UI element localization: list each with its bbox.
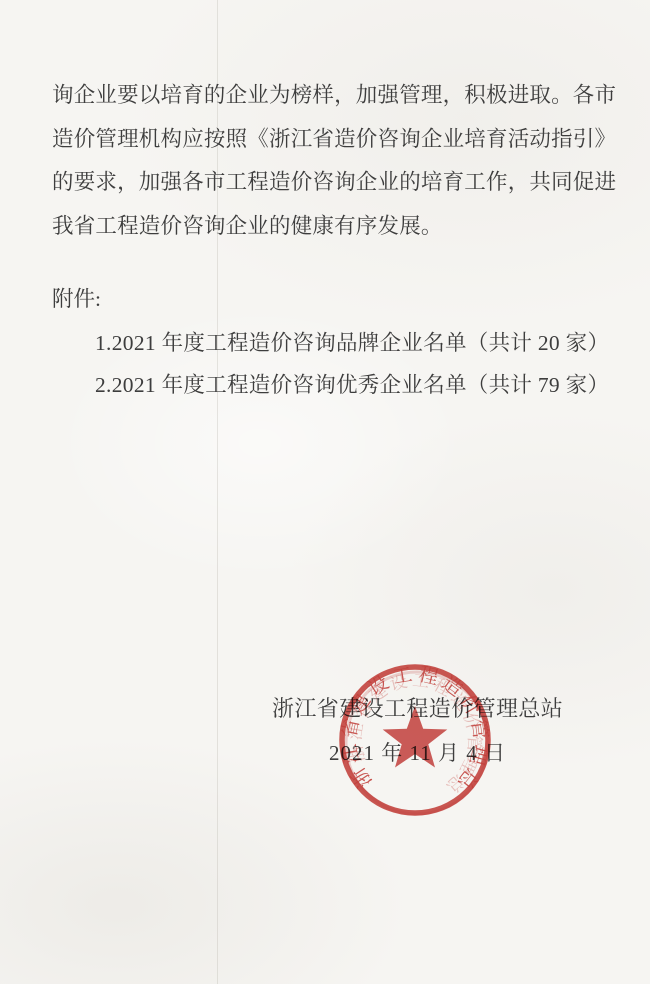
- svg-text:浙江省建设工程造价管理总站: 浙江省建设工程造价管理总站: [333, 655, 500, 810]
- seal-ring-text-smudge: 浙江省建设工程造价管理总站: [333, 655, 500, 810]
- paragraph-line: 的要求，加强各市工程造价咨询企业的培育工作，共同促进: [52, 161, 618, 205]
- attachment-item-2: 2.2021 年度工程造价咨询优秀企业名单（共计 79 家）: [95, 373, 609, 399]
- svg-text:浙江省建设工程造价管理总站: 浙江省建设工程造价管理总站: [338, 663, 492, 796]
- paragraph-line: 我省工程造价咨询企业的健康有序发展。: [52, 205, 618, 249]
- paragraph-line: 询企业要以培育的企业为榜样，加强管理，积极进取。各市: [52, 74, 618, 118]
- official-seal-stamp-icon: 浙江省建设工程造价管理总站 浙江省建设工程造价管理总站: [330, 655, 500, 825]
- body-paragraph: 询企业要以培育的企业为榜样，加强管理，积极进取。各市 造价管理机构应按照《浙江省…: [52, 74, 618, 248]
- document-page: 询企业要以培育的企业为榜样，加强管理，积极进取。各市 造价管理机构应按照《浙江省…: [0, 0, 650, 984]
- attachment-item-1: 1.2021 年度工程造价咨询品牌企业名单（共计 20 家）: [95, 331, 609, 357]
- signature-date: 2021 年 11 月 4 日: [329, 741, 506, 766]
- seal-ring: [342, 667, 488, 813]
- paragraph-line: 造价管理机构应按照《浙江省造价咨询企业培育活动指引》: [52, 118, 618, 162]
- seal-ring-text: 浙江省建设工程造价管理总站: [338, 663, 492, 796]
- issuer-signature: 浙江省建设工程造价管理总站: [272, 696, 563, 722]
- attachments-label: 附件:: [52, 287, 101, 313]
